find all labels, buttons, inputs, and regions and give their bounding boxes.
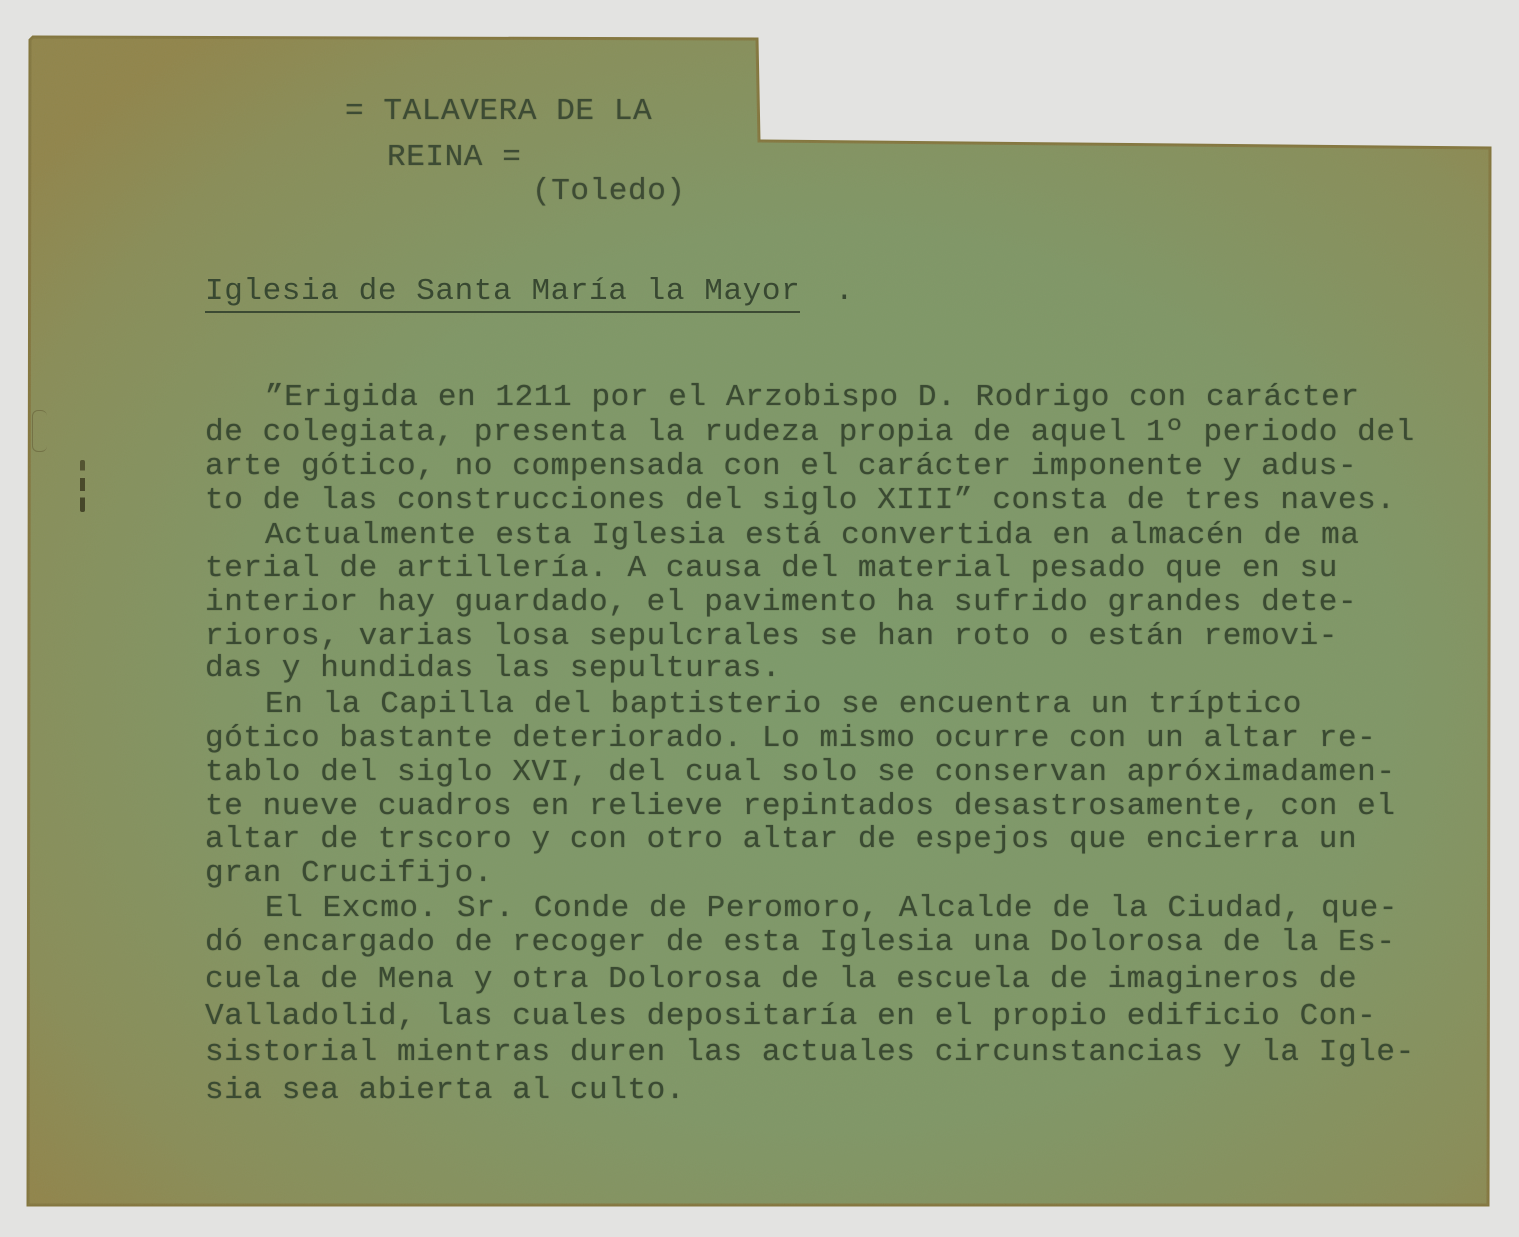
body-line: rioros, varias losa sepulcrales se han r…: [205, 620, 1338, 654]
body-line: interior hay guardado, el pavimento ha s…: [205, 586, 1357, 620]
header-line-2: REINA =: [387, 141, 521, 175]
body-line: altar de trscoro y con otro altar de esp…: [205, 823, 1357, 857]
body-line: terial de artillería. A causa del materi…: [205, 552, 1338, 586]
body-line: das y hundidas las sepulturas.: [205, 652, 781, 686]
body-line: ”Erigida en 1211 por el Arzobispo D. Rod…: [265, 381, 1360, 415]
body-line: Valladolid, las cuales depositaría en el…: [205, 1000, 1376, 1034]
body-line: tablo del siglo XVI, del cual solo se co…: [205, 756, 1396, 790]
body-line: de colegiata, presenta la rudeza propia …: [205, 416, 1415, 450]
title-period: .: [835, 275, 854, 309]
body-line: te nueve cuadros en relieve repintados d…: [205, 790, 1396, 824]
typed-text: = TALAVERA DE LA REINA = (Toledo) Iglesi…: [0, 0, 1519, 1237]
body-line: sistorial mientras duren las actuales ci…: [205, 1036, 1415, 1070]
header-line-1: = TALAVERA DE LA: [345, 95, 652, 129]
body-line: En la Capilla del baptisterio se encuent…: [265, 688, 1302, 722]
body-line: El Excmo. Sr. Conde de Peromoro, Alcalde…: [265, 892, 1398, 926]
body-line: gótico bastante deteriorado. Lo mismo oc…: [205, 722, 1376, 756]
header-location: (Toledo): [532, 175, 686, 209]
body-line: arte gótico, no compensada con el caráct…: [205, 450, 1357, 484]
body-line: gran Crucifijo.: [205, 857, 493, 891]
body-line: to de las construcciones del siglo XIII”…: [205, 484, 1396, 518]
body-line: Actualmente esta Iglesia está convertida…: [265, 519, 1360, 553]
body-line: cuela de Mena y otra Dolorosa de la escu…: [205, 963, 1357, 997]
body-line: sia sea abierta al culto.: [205, 1074, 685, 1108]
document-title: Iglesia de Santa María la Mayor: [205, 275, 800, 313]
body-line: dó encargado de recoger de esta Iglesia …: [205, 926, 1396, 960]
